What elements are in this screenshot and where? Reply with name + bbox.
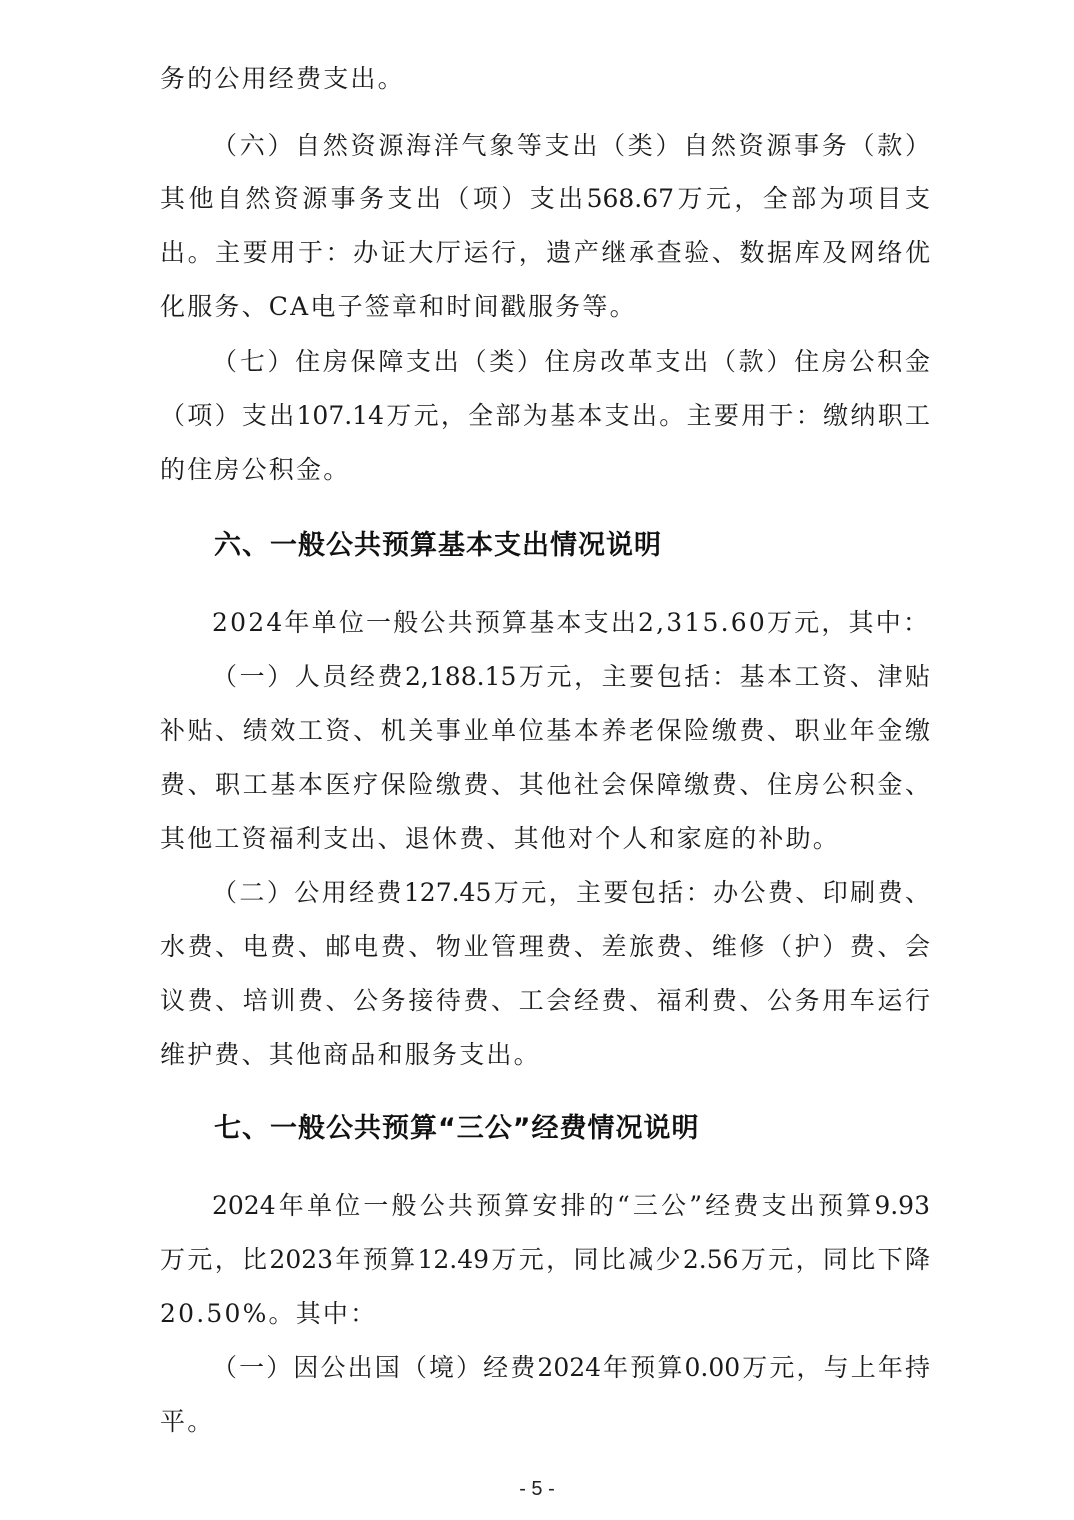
paragraph-first-line: （七）住房保障支出（类）住房改革支出（款）住房公积金: [212, 347, 930, 377]
paragraph-first-line: （六）自然资源海洋气象等支出（类）自然资源事务（款）: [212, 131, 930, 161]
section-heading: 六、一般公共预算基本支出情况说明: [214, 530, 662, 562]
page-number: - 5 -: [0, 1478, 1074, 1501]
paragraph-first-line: （一）人员经费2,188.15万元，主要包括：基本工资、津贴: [212, 662, 930, 692]
section-heading: 七、一般公共预算“三公”经费情况说明: [214, 1113, 700, 1145]
paragraph-line: 务的公用经费支出。: [160, 64, 930, 94]
paragraph-line: 补贴、绩效工资、机关事业单位基本养老保险缴费、职业年金缴: [160, 716, 930, 746]
paragraph-line: 水费、电费、邮电费、物业管理费、差旅费、维修（护）费、会: [160, 932, 930, 962]
paragraph-line: 出。主要用于：办证大厅运行，遗产继承查验、数据库及网络优: [160, 238, 930, 268]
paragraph-first-line: （二）公用经费127.45万元，主要包括：办公费、印刷费、: [212, 878, 930, 908]
paragraph-first-line: （一）因公出国（境）经费2024年预算0.00万元，与上年持: [212, 1353, 930, 1383]
paragraph-line: 化服务、CA电子签章和时间戳服务等。: [160, 292, 930, 322]
paragraph-line: 维护费、其他商品和服务支出。: [160, 1040, 930, 1070]
paragraph-first-line: 2024年单位一般公共预算安排的“三公”经费支出预算9.93: [212, 1191, 930, 1221]
paragraph-line: （项）支出107.14万元，全部为基本支出。主要用于：缴纳职工: [160, 401, 930, 431]
paragraph-line: 万元，比2023年预算12.49万元，同比减少2.56万元，同比下降: [160, 1245, 930, 1275]
paragraph-line: 其他工资福利支出、退休费、其他对个人和家庭的补助。: [160, 824, 930, 854]
paragraph-line: 的住房公积金。: [160, 455, 930, 485]
paragraph-line: 20.50%。其中：: [160, 1299, 930, 1329]
paragraph-line: 费、职工基本医疗保险缴费、其他社会保障缴费、住房公积金、: [160, 770, 930, 800]
paragraph-line: 其他自然资源事务支出（项）支出568.67万元，全部为项目支: [160, 184, 930, 214]
paragraph-first-line: 2024年单位一般公共预算基本支出2,315.60万元，其中：: [212, 608, 930, 638]
paragraph-line: 议费、培训费、公务接待费、工会经费、福利费、公务用车运行: [160, 986, 930, 1016]
document-page: 务的公用经费支出。（六）自然资源海洋气象等支出（类）自然资源事务（款）其他自然资…: [0, 0, 1074, 1520]
paragraph-line: 平。: [160, 1407, 930, 1437]
